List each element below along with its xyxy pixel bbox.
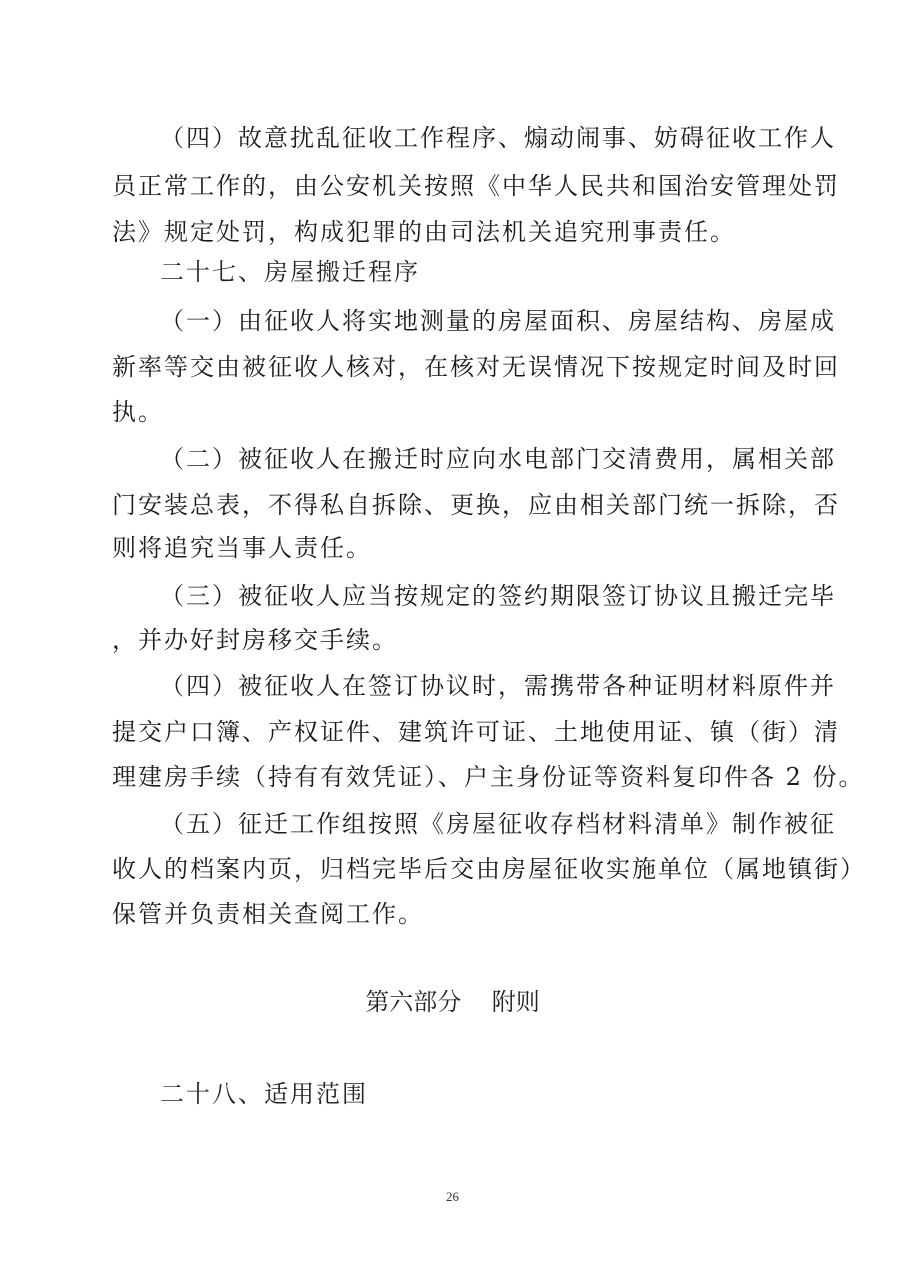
section-heading-27: 二十七、房屋搬迁程序 xyxy=(160,255,420,289)
paragraph-line: 员正常工作的，由公安机关按照《中华人民共和国治安管理处罚 xyxy=(112,169,792,203)
paragraph-line: 则将追究当事人责任。 xyxy=(112,531,792,565)
paragraph-line: 门安装总表，不得私自拆除、更换，应由相关部门统一拆除，否 xyxy=(112,488,792,522)
paragraph-line: 理建房手续（持有有效凭证）、户主身份证等资料复印件各 2 份。 xyxy=(112,760,792,794)
section-heading-28: 二十八、适用范围 xyxy=(160,1077,368,1111)
paragraph-line: 新率等交由被征收人核对，在核对无误情况下按规定时间及时回 xyxy=(112,350,792,384)
part-title: 第六部分 附则 xyxy=(0,985,905,1019)
document-page: （四）故意扰乱征收工作程序、煽动闹事、妨碍征收工作人 员正常工作的，由公安机关按… xyxy=(0,0,905,1280)
paragraph-line: （二）被征收人在搬迁时应向水电部门交清费用，属相关部 xyxy=(160,442,792,476)
paragraph-line: （五）征迁工作组按照《房屋征收存档材料清单》制作被征 xyxy=(160,807,792,841)
paragraph-line: 法》规定处罚，构成犯罪的由司法机关追究刑事责任。 xyxy=(112,215,792,249)
paragraph-line: 提交户口簿、产权证件、建筑许可证、土地使用证、镇（街）清 xyxy=(112,715,792,749)
paragraph-line: （四）故意扰乱征收工作程序、煽动闹事、妨碍征收工作人 xyxy=(160,121,792,155)
paragraph-line: （一）由征收人将实地测量的房屋面积、房屋结构、房屋成 xyxy=(160,304,792,338)
paragraph-line: 执。 xyxy=(112,395,792,429)
paragraph-line: ，并办好封房移交手续。 xyxy=(112,623,792,657)
paragraph-line: 保管并负责相关查阅工作。 xyxy=(112,897,792,931)
paragraph-line: （四）被征收人在签订协议时，需携带各种证明材料原件并 xyxy=(160,669,792,703)
page-number: 26 xyxy=(0,1188,905,1206)
paragraph-line: （三）被征收人应当按规定的签约期限签订协议且搬迁完毕 xyxy=(160,579,792,613)
paragraph-line: 收人的档案内页，归档完毕后交由房屋征收实施单位（属地镇街） xyxy=(112,852,792,886)
